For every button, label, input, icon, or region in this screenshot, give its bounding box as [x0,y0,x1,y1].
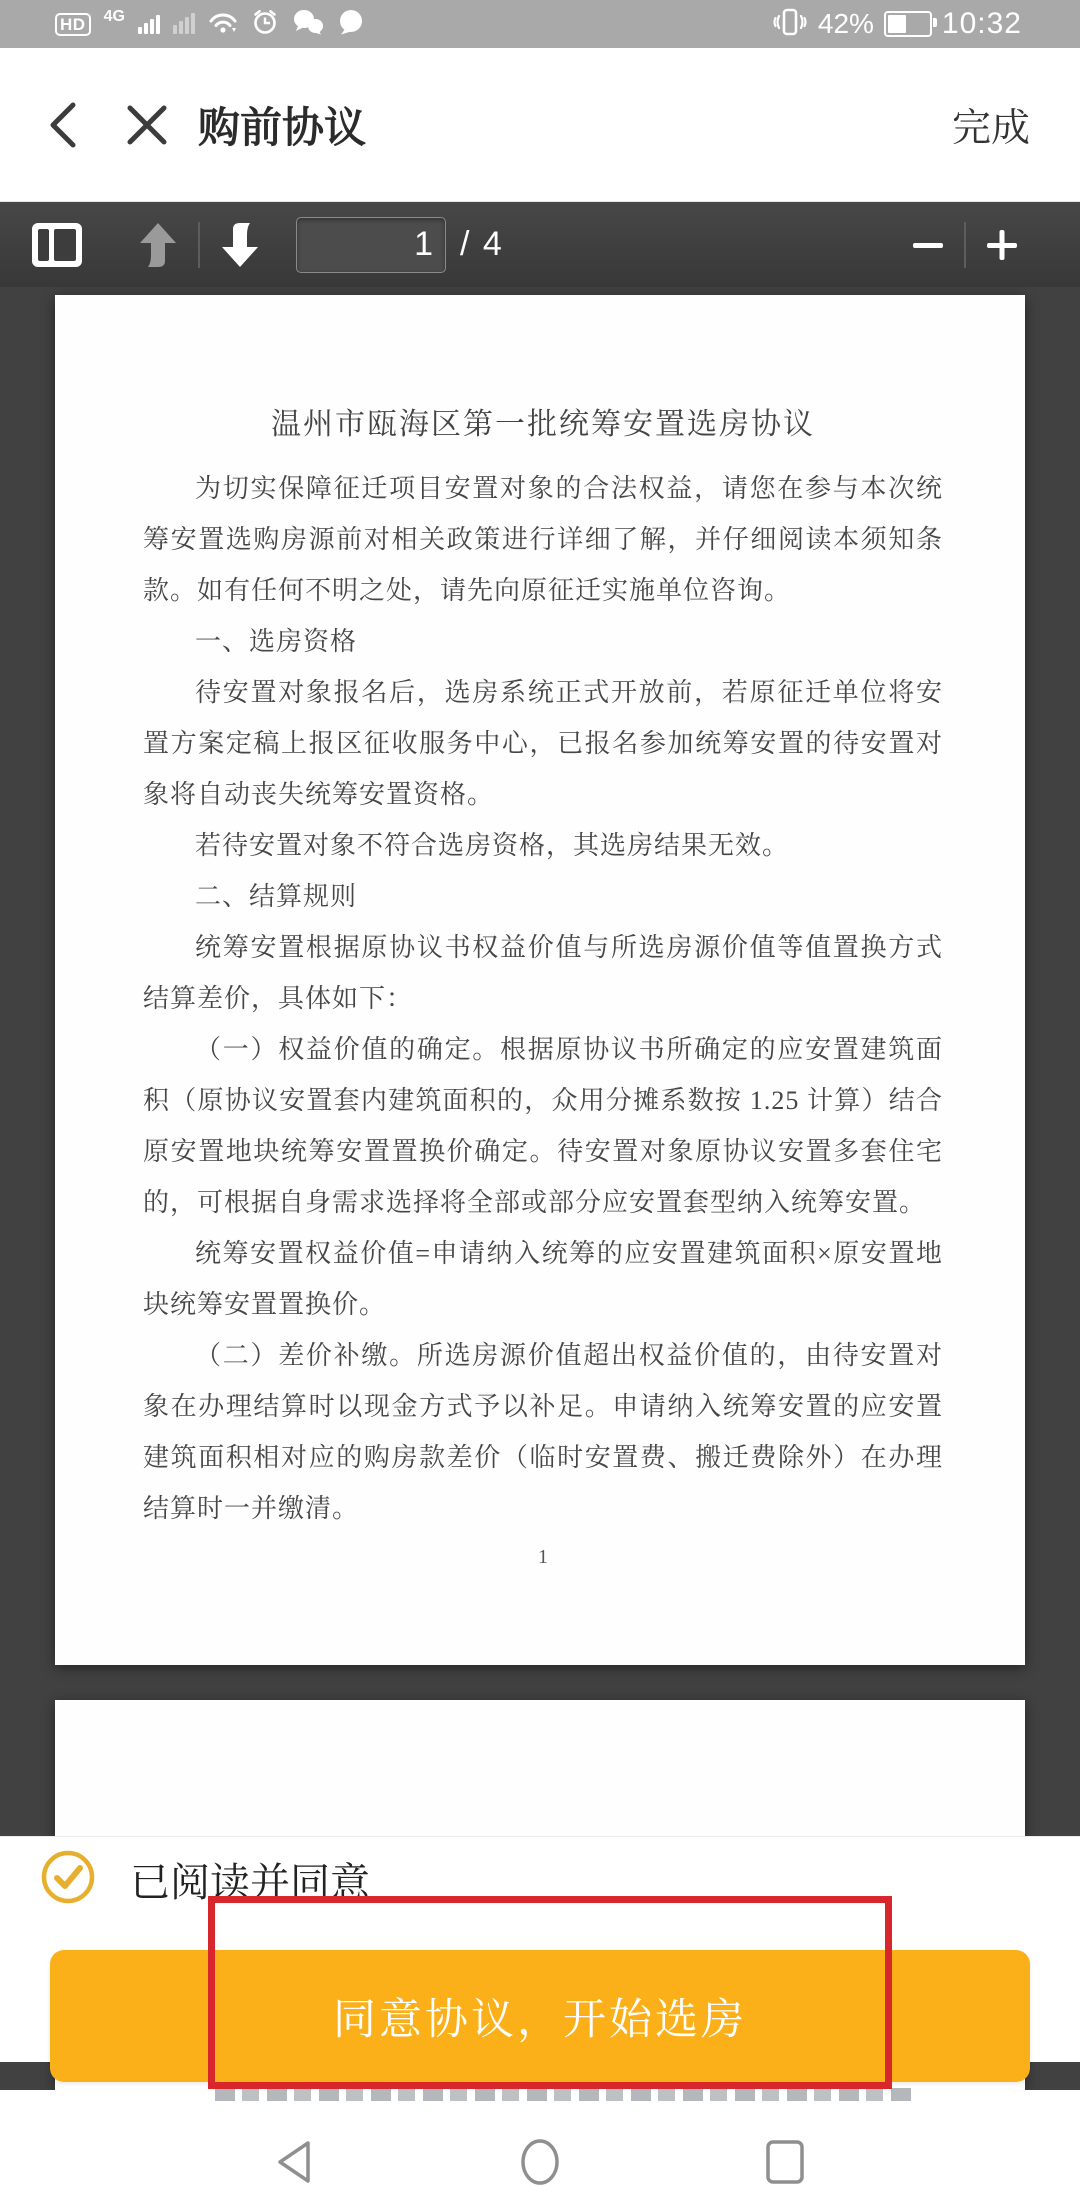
document-paragraph: 二、结算规则 [143,871,943,922]
document-paragraph: 待安置对象报名后，选房系统正式开放前，若原征迁单位将安置方案定稿上报区征收服务中… [143,667,943,820]
agree-checkbox-label: 已阅读并同意 [130,1851,370,1908]
wechat-icon [292,9,324,40]
previous-page-button[interactable] [136,221,180,269]
signal-bars-icon [138,14,160,34]
pdf-viewer[interactable]: 温州市瓯海区第一批统筹安置选房协议 为切实保障征迁项目安置对象的合法权益，请您在… [0,287,1080,2090]
vibrate-icon [772,7,808,42]
back-button[interactable] [28,90,98,160]
signal-bars-sim2-icon [173,14,195,34]
message-bubble-icon [337,9,365,40]
done-button[interactable]: 完成 [952,97,1030,153]
pdf-toolbar: 1 / 4 [0,202,1080,287]
pdf-page-1: 温州市瓯海区第一批统筹安置选房协议 为切实保障征迁项目安置对象的合法权益，请您在… [55,295,1025,1665]
toolbar-divider [198,222,200,268]
page-title: 购前协议 [198,95,366,155]
android-nav-bar [0,2132,1080,2192]
app-header: 购前协议 完成 [0,48,1080,202]
page-total-label: / 4 [460,225,504,264]
agree-and-start-button[interactable]: 同意协议，开始选房 [50,1950,1030,2082]
document-paragraph: （一）权益价值的确定。根据原协议书所确定的应安置建筑面积（原协议安置套内建筑面积… [143,1024,943,1228]
network-4g-label: 4G [104,8,125,26]
document-paragraph: （二）差价补缴。所选房源价值超出权益价值的，由待安置对象在办理结算时以现金方式予… [143,1330,943,1534]
document-paragraph: 为切实保障征迁项目安置对象的合法权益，请您在参与本次统筹安置选购房源前对相关政策… [143,463,943,616]
battery-icon [884,11,932,37]
phone-screen: HD 4G [0,0,1080,2204]
nav-back-button[interactable] [265,2134,325,2190]
status-bar: HD 4G [0,0,1080,48]
checkbox-checked-icon[interactable] [40,1849,96,1910]
hd-icon: HD [55,13,91,36]
sidebar-toggle-button[interactable] [30,221,84,269]
document-paragraph: 统筹安置根据原协议书权益价值与所选房源价值等值置换方式结算差价，具体如下： [143,922,943,1024]
page-number-input[interactable]: 1 [296,217,446,273]
next-page-button[interactable] [218,221,262,269]
zoom-out-button[interactable] [910,227,946,263]
document-paragraph: 若待安置对象不符合选房资格，其选房结果无效。 [143,820,943,871]
nav-home-button[interactable] [510,2134,570,2190]
status-left-icons: HD 4G [55,8,365,41]
agree-checkbox-row[interactable]: 已阅读并同意 [40,1849,370,1910]
zoom-in-button[interactable] [984,227,1020,263]
wifi-icon [208,10,238,39]
close-button[interactable] [112,90,182,160]
document-title: 温州市瓯海区第一批统筹安置选房协议 [143,403,943,447]
document-paragraph: 一、选房资格 [143,616,943,667]
toolbar-divider [964,222,966,268]
nav-recents-button[interactable] [755,2134,815,2190]
alarm-clock-icon [251,8,279,41]
clipped-text-line [215,2088,915,2101]
status-right-cluster: 42% 10:32 [772,0,1022,48]
battery-percent: 42% [818,8,874,40]
document-page-number: 1 [143,1546,943,1569]
document-paragraph: 统筹安置权益价值=申请纳入统筹的应安置建筑面积×原安置地块统筹安置置换价。 [143,1228,943,1330]
status-time: 10:32 [942,7,1022,41]
system-bottom-area [0,2090,1080,2204]
document-body: 为切实保障征迁项目安置对象的合法权益，请您在参与本次统筹安置选购房源前对相关政策… [143,463,943,1534]
